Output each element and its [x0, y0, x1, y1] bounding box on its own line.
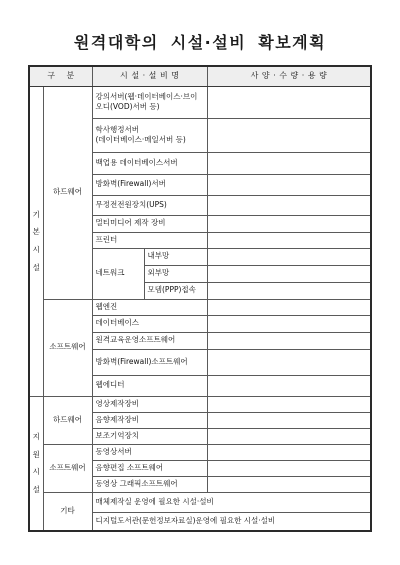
spec-cell	[207, 476, 371, 492]
spec-cell	[207, 428, 371, 444]
facility-name: 방화벽(Firewall)소프트웨어	[92, 349, 207, 375]
facility-name: 영상제작장비	[92, 396, 207, 412]
spec-cell	[207, 152, 371, 174]
facility-name: 음향제작장비	[92, 412, 207, 428]
category-support-software: 소프트웨어	[43, 444, 92, 492]
facility-name: 학사행정서버 (데이터베이스·메일서버 등)	[92, 118, 207, 152]
spec-cell	[207, 412, 371, 428]
facilities-table: 구 분 시 설 · 설 비 명 사 양 · 수 량 · 용 량 기 본 시 설 …	[28, 65, 372, 532]
facility-name: 웹엔진	[92, 299, 207, 315]
network-sub: 외부망	[144, 265, 207, 282]
facility-name: 보조기억장치	[92, 428, 207, 444]
spec-cell	[207, 174, 371, 195]
facility-name: 동영상서버	[92, 444, 207, 460]
header-spec: 사 양 · 수 량 · 용 량	[207, 66, 371, 86]
section-label-basic: 기 본 시 설	[29, 86, 43, 396]
network-sub: 모뎀(PPP)접속	[144, 282, 207, 299]
page-title: 원격대학의 시설·설비 확보계획	[0, 0, 400, 65]
document-page: 원격대학의 시설·설비 확보계획 구 분 시 설 · 설 비 명 사 양 · 수…	[0, 0, 400, 565]
section-label-support: 지 원 시 설	[29, 396, 43, 531]
facility-name: 매체제작실 운영에 필요한 시설·설비	[92, 492, 371, 512]
category-support-hardware: 하드웨어	[43, 396, 92, 444]
spec-cell	[207, 444, 371, 460]
header-facility: 시 설 · 설 비 명	[92, 66, 207, 86]
spec-cell	[207, 215, 371, 232]
spec-cell	[207, 265, 371, 282]
spec-cell	[207, 349, 371, 375]
spec-cell	[207, 282, 371, 299]
category-basic-software: 소프트웨어	[43, 299, 92, 396]
spec-cell	[207, 375, 371, 396]
facility-name: 백업용 데이터베이스서버	[92, 152, 207, 174]
facility-name: 동영상 그래픽소프트웨어	[92, 476, 207, 492]
spec-cell	[207, 332, 371, 349]
facility-name: 강의서버(웹·데이터베이스·브이오디(VOD)서버 등)	[92, 86, 207, 118]
network-sub: 내부망	[144, 248, 207, 265]
spec-cell	[207, 315, 371, 332]
spec-cell	[207, 396, 371, 412]
spec-cell	[207, 86, 371, 118]
facility-name: 방화벽(Firewall)서버	[92, 174, 207, 195]
spec-cell	[207, 460, 371, 476]
spec-cell	[207, 299, 371, 315]
facility-name: 멀티미디어 제작 장비	[92, 215, 207, 232]
facility-name: 원격교육운영소프트웨어	[92, 332, 207, 349]
facility-name: 음향편집 소프트웨어	[92, 460, 207, 476]
header-category: 구 분	[29, 66, 92, 86]
spec-cell	[207, 118, 371, 152]
category-support-etc: 기타	[43, 492, 92, 531]
facility-name: 프린터	[92, 232, 207, 248]
spec-cell	[207, 195, 371, 215]
spec-cell	[207, 232, 371, 248]
facility-name: 디지털도서관(문헌정보자료실)운영에 필요한 시설·설비	[92, 512, 371, 531]
facility-name: 데이터베이스	[92, 315, 207, 332]
facility-name: 웹에디터	[92, 375, 207, 396]
network-label: 네트워크	[92, 248, 144, 299]
facility-name: 무정전전원장치(UPS)	[92, 195, 207, 215]
category-basic-hardware: 하드웨어	[43, 86, 92, 299]
spec-cell	[207, 248, 371, 265]
